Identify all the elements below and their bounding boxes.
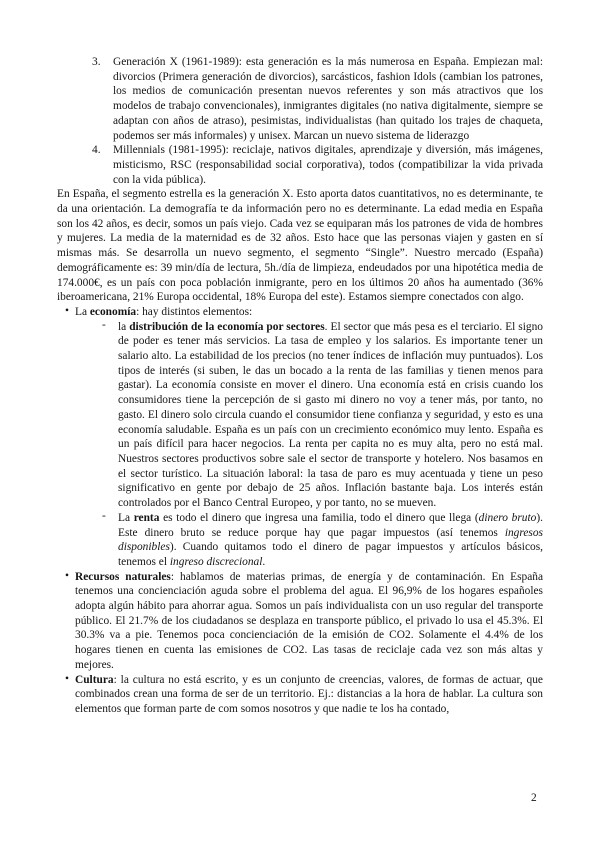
bullet-marker: • (65, 304, 69, 319)
dash-marker: - (102, 509, 106, 524)
subbullet-term: distribución de la economía por sectores (129, 321, 324, 333)
page-number: 2 (531, 791, 537, 806)
run: La (118, 512, 134, 524)
intro-paragraph: En España, el segmento estrella es la ge… (57, 187, 543, 305)
bullet-cultura: • Cultura: la cultura no está escrito, y… (57, 673, 543, 717)
subbullet-term: renta (134, 512, 160, 524)
item-text: Millennials (1981-1995): reciclaje, nati… (113, 144, 543, 185)
bullet-term: economía (90, 306, 136, 318)
dash-marker: - (102, 318, 106, 333)
run-italic: dinero bruto (479, 512, 537, 524)
item-number: 4. (92, 143, 101, 158)
subbullet-distribucion: - la distribución de la economía por sec… (57, 320, 543, 511)
bullet-economia: • La economía: hay distintos elementos: (57, 305, 543, 320)
item-number: 3. (92, 55, 101, 70)
bullet-text-rest: : hay distintos elementos: (136, 306, 252, 318)
subbullet-text-lead: la (118, 321, 129, 333)
item-text: Generación X (1961-1989): esta generació… (113, 56, 543, 142)
bullet-term: Cultura (75, 674, 114, 686)
numbered-item-millennials: 4. Millennials (1981-1995): reciclaje, n… (57, 143, 543, 187)
run: es todo el dinero que ingresa una famili… (159, 512, 478, 524)
bullet-term: Recursos naturales (75, 571, 171, 583)
subbullet-renta: - La renta es todo el dinero que ingresa… (57, 511, 543, 570)
bullet-marker: • (65, 672, 69, 687)
run: . (262, 556, 265, 568)
numbered-item-generacion-x: 3. Generación X (1961-1989): esta genera… (57, 55, 543, 143)
subbullet-text-rest: . El sector que más pesa es el terciario… (118, 321, 543, 509)
document-page: 3. Generación X (1961-1989): esta genera… (0, 0, 599, 848)
bullet-text-lead: La (75, 306, 90, 318)
bullet-text-rest: : la cultura no está escrito, y es un co… (75, 674, 543, 715)
bullet-text-rest: : hablamos de materias primas, de energí… (75, 571, 543, 671)
bullet-recursos-naturales: • Recursos naturales: hablamos de materi… (57, 570, 543, 673)
run-italic: ingreso discrecional (170, 556, 262, 568)
bullet-marker: • (65, 569, 69, 584)
